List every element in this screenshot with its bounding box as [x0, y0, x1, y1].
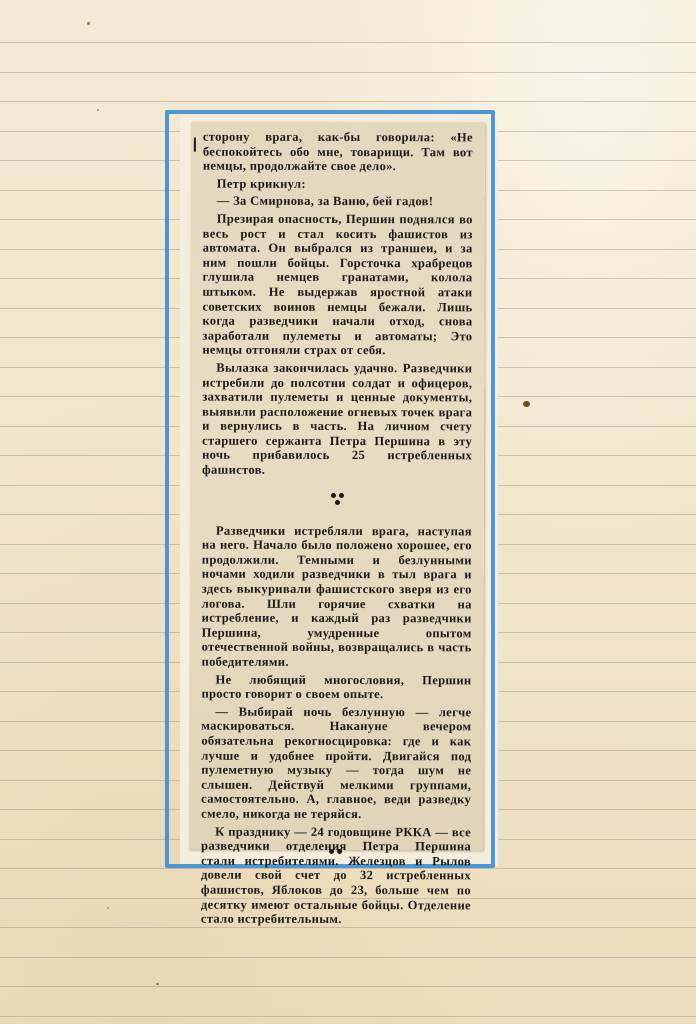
- ruled-line: [0, 42, 696, 43]
- speck: [97, 109, 99, 111]
- bottom-ornament-icon: [329, 849, 343, 854]
- ruled-line: [0, 1016, 696, 1017]
- speck: [87, 22, 90, 25]
- paragraph: К празднику — 24 годовщине РККА — все ра…: [201, 824, 471, 927]
- speck: [156, 983, 159, 985]
- paragraph: — За Смирнова, за Ваню, бей гадов!: [203, 194, 473, 209]
- paragraph: Разведчики истребляли врага, наступая на…: [202, 523, 472, 670]
- section-break-ornament: [202, 491, 472, 510]
- paragraph: Не любящий многословия, Першин просто го…: [201, 672, 471, 702]
- paragraph: Петр крикнул:: [203, 176, 473, 191]
- paragraph: Презирая опасность, Першин поднялся во в…: [202, 212, 472, 359]
- ruled-line: [0, 957, 696, 958]
- column-rule-mark: [194, 138, 196, 152]
- ruled-line: [0, 927, 696, 928]
- paragraph: сторону врага, как-бы говорила: «Не бесп…: [203, 130, 473, 174]
- ruled-line: [0, 986, 696, 987]
- ruled-line: [0, 72, 696, 73]
- three-dots-icon: [328, 492, 346, 506]
- ink-stain: [523, 401, 530, 407]
- paragraph: — Выбирай ночь безлунную — легче маскиро…: [201, 704, 471, 821]
- paragraph: Вылазка закончилась удачно. Разведчики и…: [202, 361, 472, 478]
- ruled-line: [0, 101, 696, 102]
- newspaper-clipping: сторону врага, как-бы говорила: «Не бесп…: [189, 122, 485, 851]
- speck: [107, 907, 109, 909]
- notebook-page: сторону врага, как-бы говорила: «Не бесп…: [0, 0, 696, 1024]
